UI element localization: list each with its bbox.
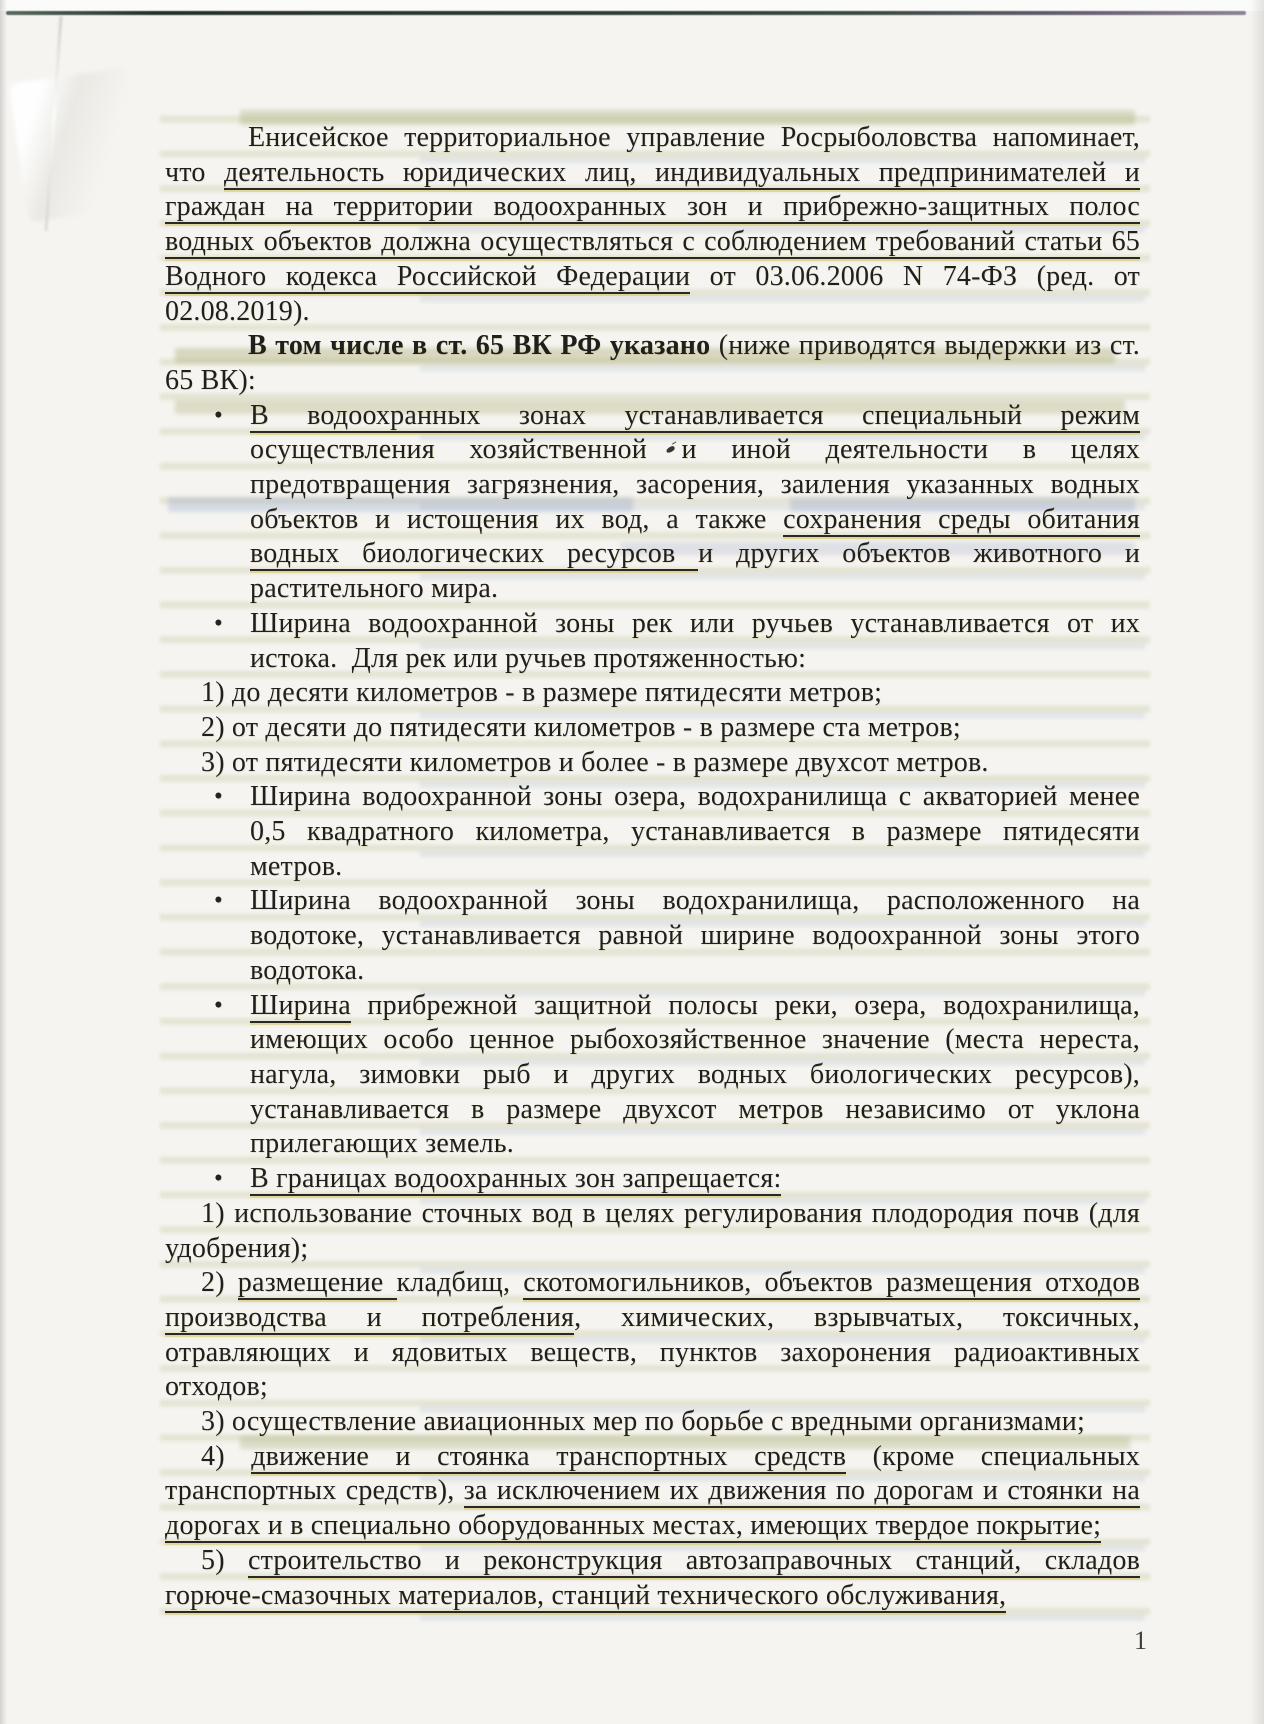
bullet-item: •В водоохранных зонах устанавливается сп… <box>165 399 1140 607</box>
bullet-item: •Ширина водоохранной зоны водохранилища,… <box>165 884 1140 988</box>
bullet-icon: • <box>214 1162 223 1197</box>
text-run: прибрежной защитной полосы реки, озера, … <box>250 990 1140 1160</box>
text-run: 5) <box>201 1545 248 1576</box>
numbered-item: 5) строительство и реконструкция автозап… <box>165 1544 1140 1613</box>
text-run: 4) <box>201 1441 251 1472</box>
bullet-item: •Ширина водоохранной зоны рек или ручьев… <box>165 607 1140 676</box>
bold-text: В том числе в ст. 65 ВК РФ указано <box>248 330 710 361</box>
bullet-icon: • <box>214 989 223 1024</box>
numbered-item: 1) использование сточных вод в целях рег… <box>165 1197 1140 1266</box>
underlined-text: размещение <box>238 1267 397 1300</box>
numbered-item: 1) до десяти километров - в размере пяти… <box>165 676 1140 711</box>
text-run: кладбищ, <box>397 1267 524 1298</box>
underlined-text: Ширина <box>250 990 351 1023</box>
text-run: 3) осуществление авиационных мер по борь… <box>201 1406 1085 1437</box>
text-run: 1) использование сточных вод в целях рег… <box>165 1198 1140 1264</box>
bullet-text: В границах водоохранных зон запрещается: <box>250 1163 781 1196</box>
bullet-item: •В границах водоохранных зон запрещается… <box>165 1162 1140 1197</box>
bullet-text: Ширина водоохранной зоны рек или ручьев … <box>250 608 1140 674</box>
text-run: 2) от десяти до пятидесяти километров - … <box>201 712 961 743</box>
underlined-text: В границах водоохранных зон запрещается: <box>250 1163 781 1196</box>
bullet-icon: • <box>214 884 223 919</box>
bullet-icon: • <box>214 607 223 642</box>
numbered-item: 2) от десяти до пятидесяти километров - … <box>165 711 1140 746</box>
underlined-text: движение и стоянка транспортных средств <box>251 1441 846 1474</box>
paper-top-edge-line <box>6 11 1246 15</box>
bullet-text: В водоохранных зонах устанавливается спе… <box>250 400 1140 605</box>
text-run: 3) от пятидесяти километров и более - в … <box>201 747 989 778</box>
underlined-text: строительство и реконструкция автозаправ… <box>165 1545 1140 1613</box>
numbered-item: 3) от пятидесяти километров и более - в … <box>165 746 1140 781</box>
text-run: Ширина водоохранной зоны озера, водохран… <box>250 781 1140 881</box>
paper-crease <box>9 67 147 222</box>
paragraph: В том числе в ст. 65 ВК РФ указано (ниже… <box>165 329 1140 398</box>
scanned-document-page: Енисейское территориальное управление Ро… <box>0 0 1264 1724</box>
bullet-text: Ширина водоохранной зоны озера, водохран… <box>250 781 1140 881</box>
page-number: 1 <box>1134 1626 1147 1656</box>
document-body: Енисейское территориальное управление Ро… <box>165 121 1140 1613</box>
paper-left-edge-shadow <box>0 0 7 1724</box>
paragraph: Енисейское территориальное управление Ро… <box>165 121 1140 329</box>
text-run: Ширина водоохранной зоны рек или ручьев … <box>250 608 1140 674</box>
bullet-text: Ширина водоохранной зоны водохранилища, … <box>250 885 1140 985</box>
text-run: 2) <box>201 1267 238 1298</box>
bullet-icon: • <box>214 399 223 434</box>
text-run: Ширина водоохранной зоны водохранилища, … <box>250 885 1140 985</box>
bullet-item: •Ширина прибрежной защитной полосы реки,… <box>165 989 1140 1163</box>
numbered-item: 4) движение и стоянка транспортных средс… <box>165 1440 1140 1544</box>
scanner-top-strip <box>0 0 1264 11</box>
numbered-item: 2) размещение кладбищ, скотомогильников,… <box>165 1266 1140 1405</box>
text-run: 1) до десяти километров - в размере пяти… <box>201 677 882 708</box>
paper-right-edge-shadow <box>1250 0 1264 1724</box>
bullet-icon: • <box>214 780 223 815</box>
numbered-item: 3) осуществление авиационных мер по борь… <box>165 1405 1140 1440</box>
bullet-text: Ширина прибрежной защитной полосы реки, … <box>250 990 1140 1160</box>
underlined-text: В водоохранных зонах устанавливается спе… <box>250 400 1140 433</box>
bullet-item: •Ширина водоохранной зоны озера, водохра… <box>165 780 1140 884</box>
